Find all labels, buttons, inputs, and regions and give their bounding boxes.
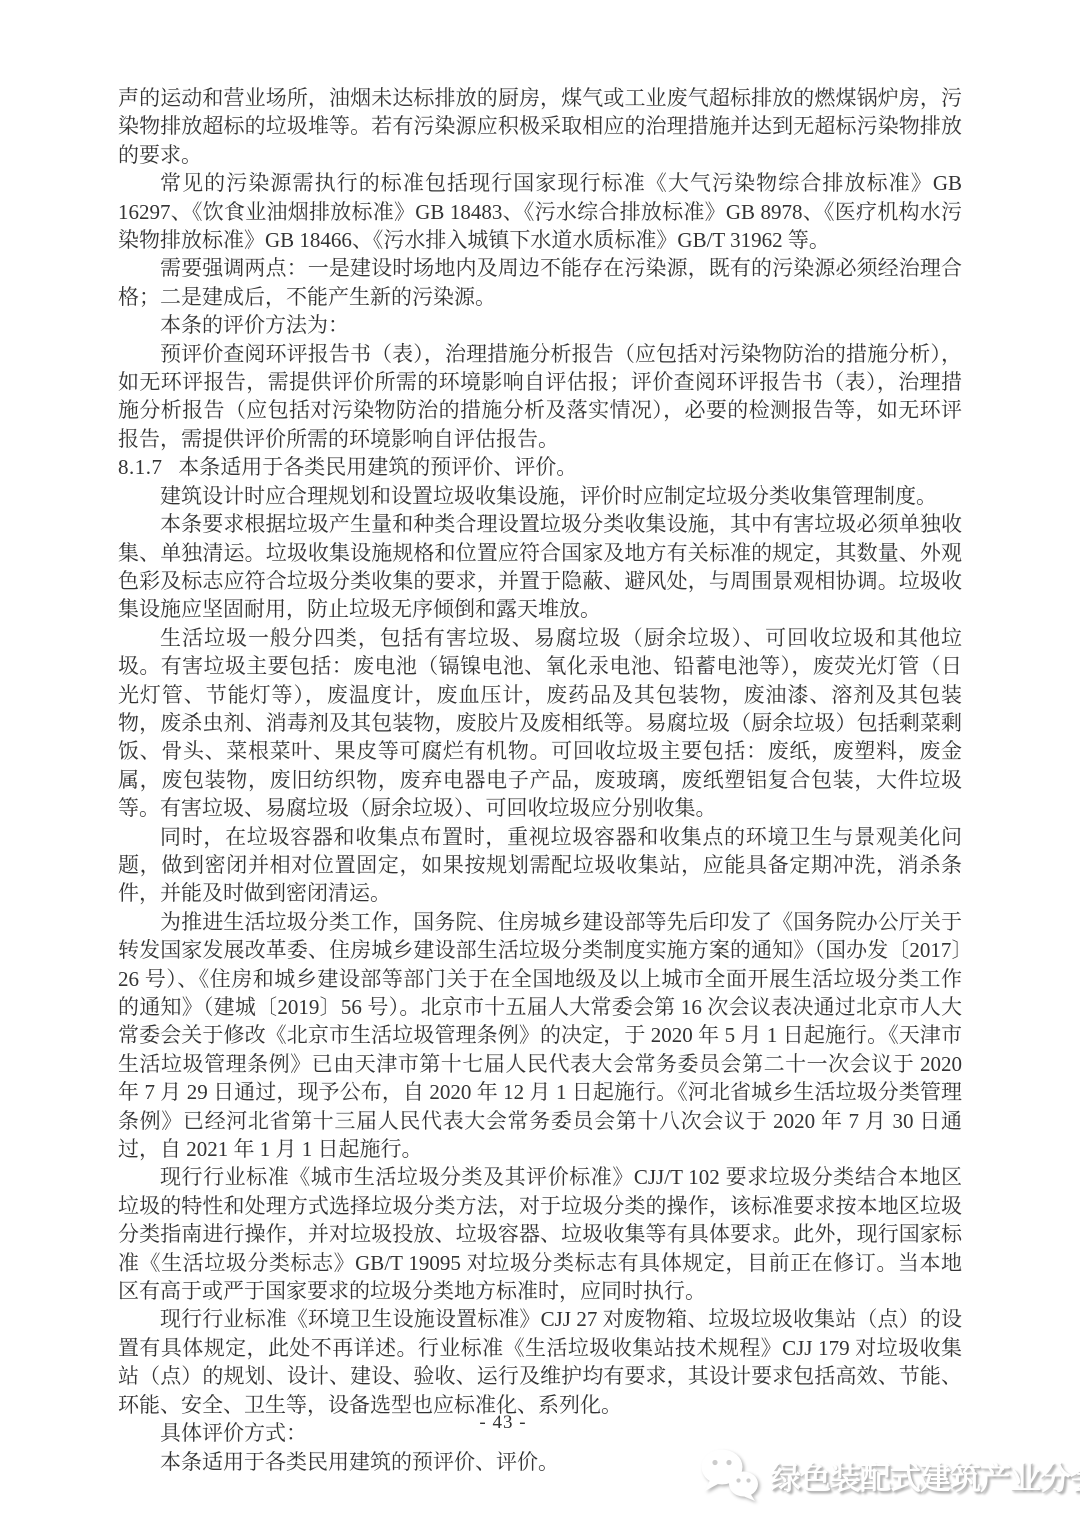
- watermark: 绿色装配式建筑产业分会: [698, 1446, 1080, 1504]
- paragraph: 建筑设计时应合理规划和设置垃圾收集设施，评价时应制定垃圾分类收集管理制度。: [118, 482, 962, 510]
- watermark-label: 绿色装配式建筑产业分会: [770, 1453, 1080, 1498]
- document-page: 声的运动和营业场所，油烟未达标排放的厨房，煤气或工业废气超标排放的燃煤锅炉房，污…: [0, 0, 1080, 1528]
- section-text: 本条适用于各类民用建筑的预评价、评价。: [178, 455, 577, 479]
- paragraph: 现行行业标准《城市生活垃圾分类及其评价标准》CJJ/T 102 要求垃圾分类结合…: [118, 1163, 962, 1305]
- paragraph: 声的运动和营业场所，油烟未达标排放的厨房，煤气或工业废气超标排放的燃煤锅炉房，污…: [118, 84, 962, 169]
- document-body: 声的运动和营业场所，油烟未达标排放的厨房，煤气或工业废气超标排放的燃煤锅炉房，污…: [118, 84, 962, 1476]
- page-number: - 43 -: [118, 1412, 888, 1434]
- wechat-icon: [698, 1446, 762, 1504]
- section-number: 8.1.7: [118, 455, 163, 479]
- paragraph: 现行行业标准《环境卫生设施设置标准》CJJ 27 对废物箱、垃圾垃圾收集站（点）…: [118, 1305, 962, 1419]
- paragraph: 预评价查阅环评报告书（表），治理措施分析报告（应包括对污染物防治的措施分析），如…: [118, 340, 962, 454]
- section-heading-8-1-7: 8.1.7本条适用于各类民用建筑的预评价、评价。: [118, 453, 962, 481]
- paragraph: 本条要求根据垃圾产生量和种类合理设置垃圾分类收集设施，其中有害垃圾必须单独收集、…: [118, 510, 962, 624]
- paragraph: 本条的评价方法为：: [118, 311, 962, 339]
- paragraph: 为推进生活垃圾分类工作，国务院、住房城乡建设部等先后印发了《国务院办公厅关于转发…: [118, 908, 962, 1164]
- paragraph: 同时，在垃圾容器和收集点布置时，重视垃圾容器和收集点的环境卫生与景观美化问题，做…: [118, 823, 962, 908]
- paragraph: 生活垃圾一般分四类，包括有害垃圾、易腐垃圾（厨余垃圾）、可回收垃圾和其他垃圾。有…: [118, 624, 962, 823]
- paragraph: 常见的污染源需执行的标准包括现行国家现行标准《大气污染物综合排放标准》GB 16…: [118, 169, 962, 254]
- paragraph: 需要强调两点：一是建设时场地内及周边不能存在污染源，既有的污染源必须经治理合格；…: [118, 254, 962, 311]
